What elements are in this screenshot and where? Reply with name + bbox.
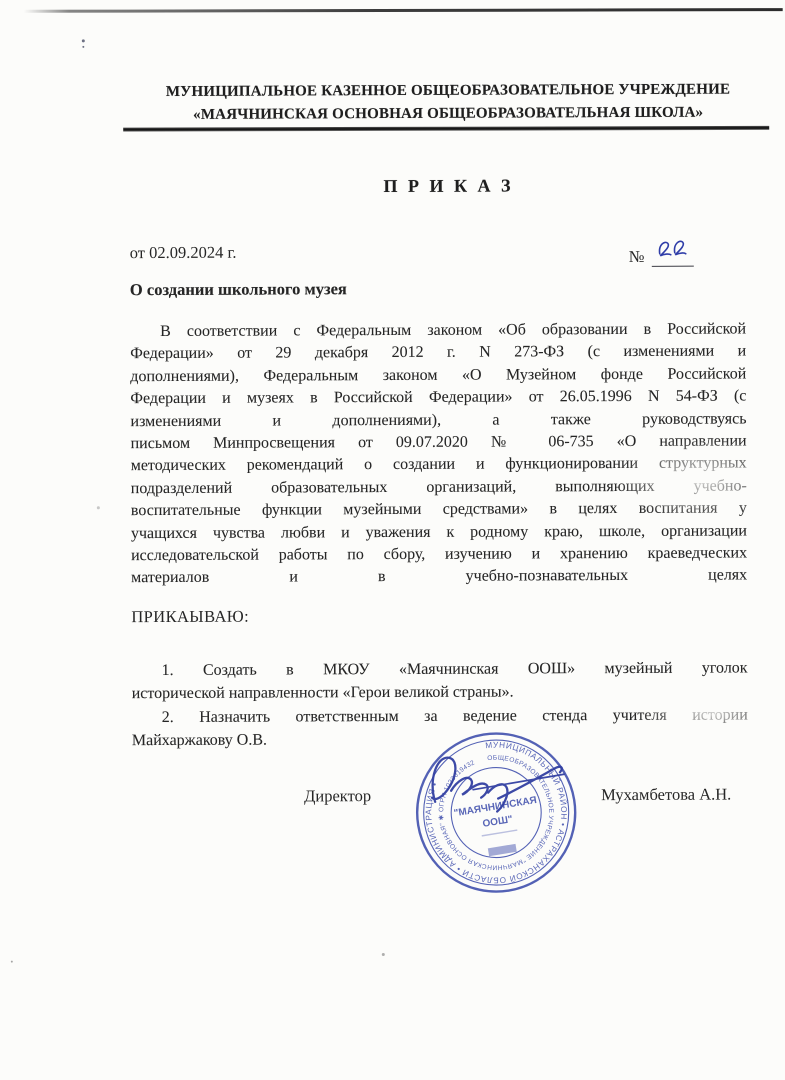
text-line: исследовательской работы по сбору, изуче…: [131, 543, 747, 568]
text-line: исторической направленности «Герои велик…: [132, 680, 748, 706]
ink-speck: [82, 39, 85, 42]
text-line: учащихся чувства любви и уважения к родн…: [131, 520, 747, 545]
letterhead: МУНИЦИПАЛЬНОЕ КАЗЕННОЕ ОБЩЕОБРАЗОВАТЕЛЬН…: [113, 78, 783, 127]
text-line: методических рекомендаций о создании и ф…: [131, 453, 747, 478]
text-line: В соответствии с Федеральным законом «Об…: [130, 318, 746, 343]
org-name-line-1: МУНИЦИПАЛЬНОЕ КАЗЕННОЕ ОБЩЕОБРАЗОВАТЕЛЬН…: [113, 78, 783, 104]
text-line: изменениями и дополнениями), а также рук…: [130, 408, 746, 433]
text-line: воспитательные функции музейными средств…: [131, 498, 747, 523]
letterhead-divider: [123, 126, 769, 132]
signature-name: Мухамбетова А.Н.: [601, 785, 731, 806]
text-line: 2. Назначить ответственным за ведение ст…: [132, 703, 748, 729]
text-line: материалов и в учебно-познавательных цел…: [131, 565, 747, 590]
text-line: Федерации» от 29 декабря 2012 г. N 273-Ф…: [130, 341, 746, 366]
ink-speck: [97, 506, 100, 509]
ink-speck: [11, 961, 13, 963]
subject-line: О создании школьного музея: [130, 279, 347, 300]
scan-edge-artifact: [24, 8, 783, 13]
text-line: Федерации и музеях в Российской Федераци…: [130, 386, 746, 411]
ink-speck: [382, 953, 385, 956]
body-paragraph: В соответствии с Федеральным законом «Об…: [130, 318, 747, 590]
decree-word: ПРИКАЫВАЮ:: [131, 607, 249, 628]
order-number: №: [629, 238, 694, 267]
org-name-line-2: «МАЯЧНИНСКАЯ ОСНОВНАЯ ОБЩЕОБРАЗОВАТЕЛЬНА…: [113, 101, 783, 127]
date-line: от 02.09.2024 г.: [130, 243, 237, 263]
scanned-document-page: МУНИЦИПАЛЬНОЕ КАЗЕННОЕ ОБЩЕОБРАЗОВАТЕЛЬН…: [0, 0, 785, 1080]
document-content: МУНИЦИПАЛЬНОЕ КАЗЕННОЕ ОБЩЕОБРАЗОВАТЕЛЬН…: [0, 0, 785, 1080]
number-handwritten: [651, 238, 693, 267]
text-line: подразделений образовательных организаци…: [131, 475, 747, 500]
signature-role: Директор: [304, 786, 371, 806]
document-title: П Р И К А З: [113, 174, 783, 198]
number-sign: №: [629, 247, 645, 267]
signature-ink-icon: [421, 747, 581, 820]
handwriting-22-icon: [653, 238, 689, 260]
text-line: 1. Создать в МКОУ «Маячнинская ООШ» музе…: [132, 656, 748, 682]
text-line: письмом Минпросвещения от 09.07.2020 № 0…: [131, 430, 747, 455]
text-line: дополнениями), Федеральным законом «О Му…: [130, 363, 746, 388]
